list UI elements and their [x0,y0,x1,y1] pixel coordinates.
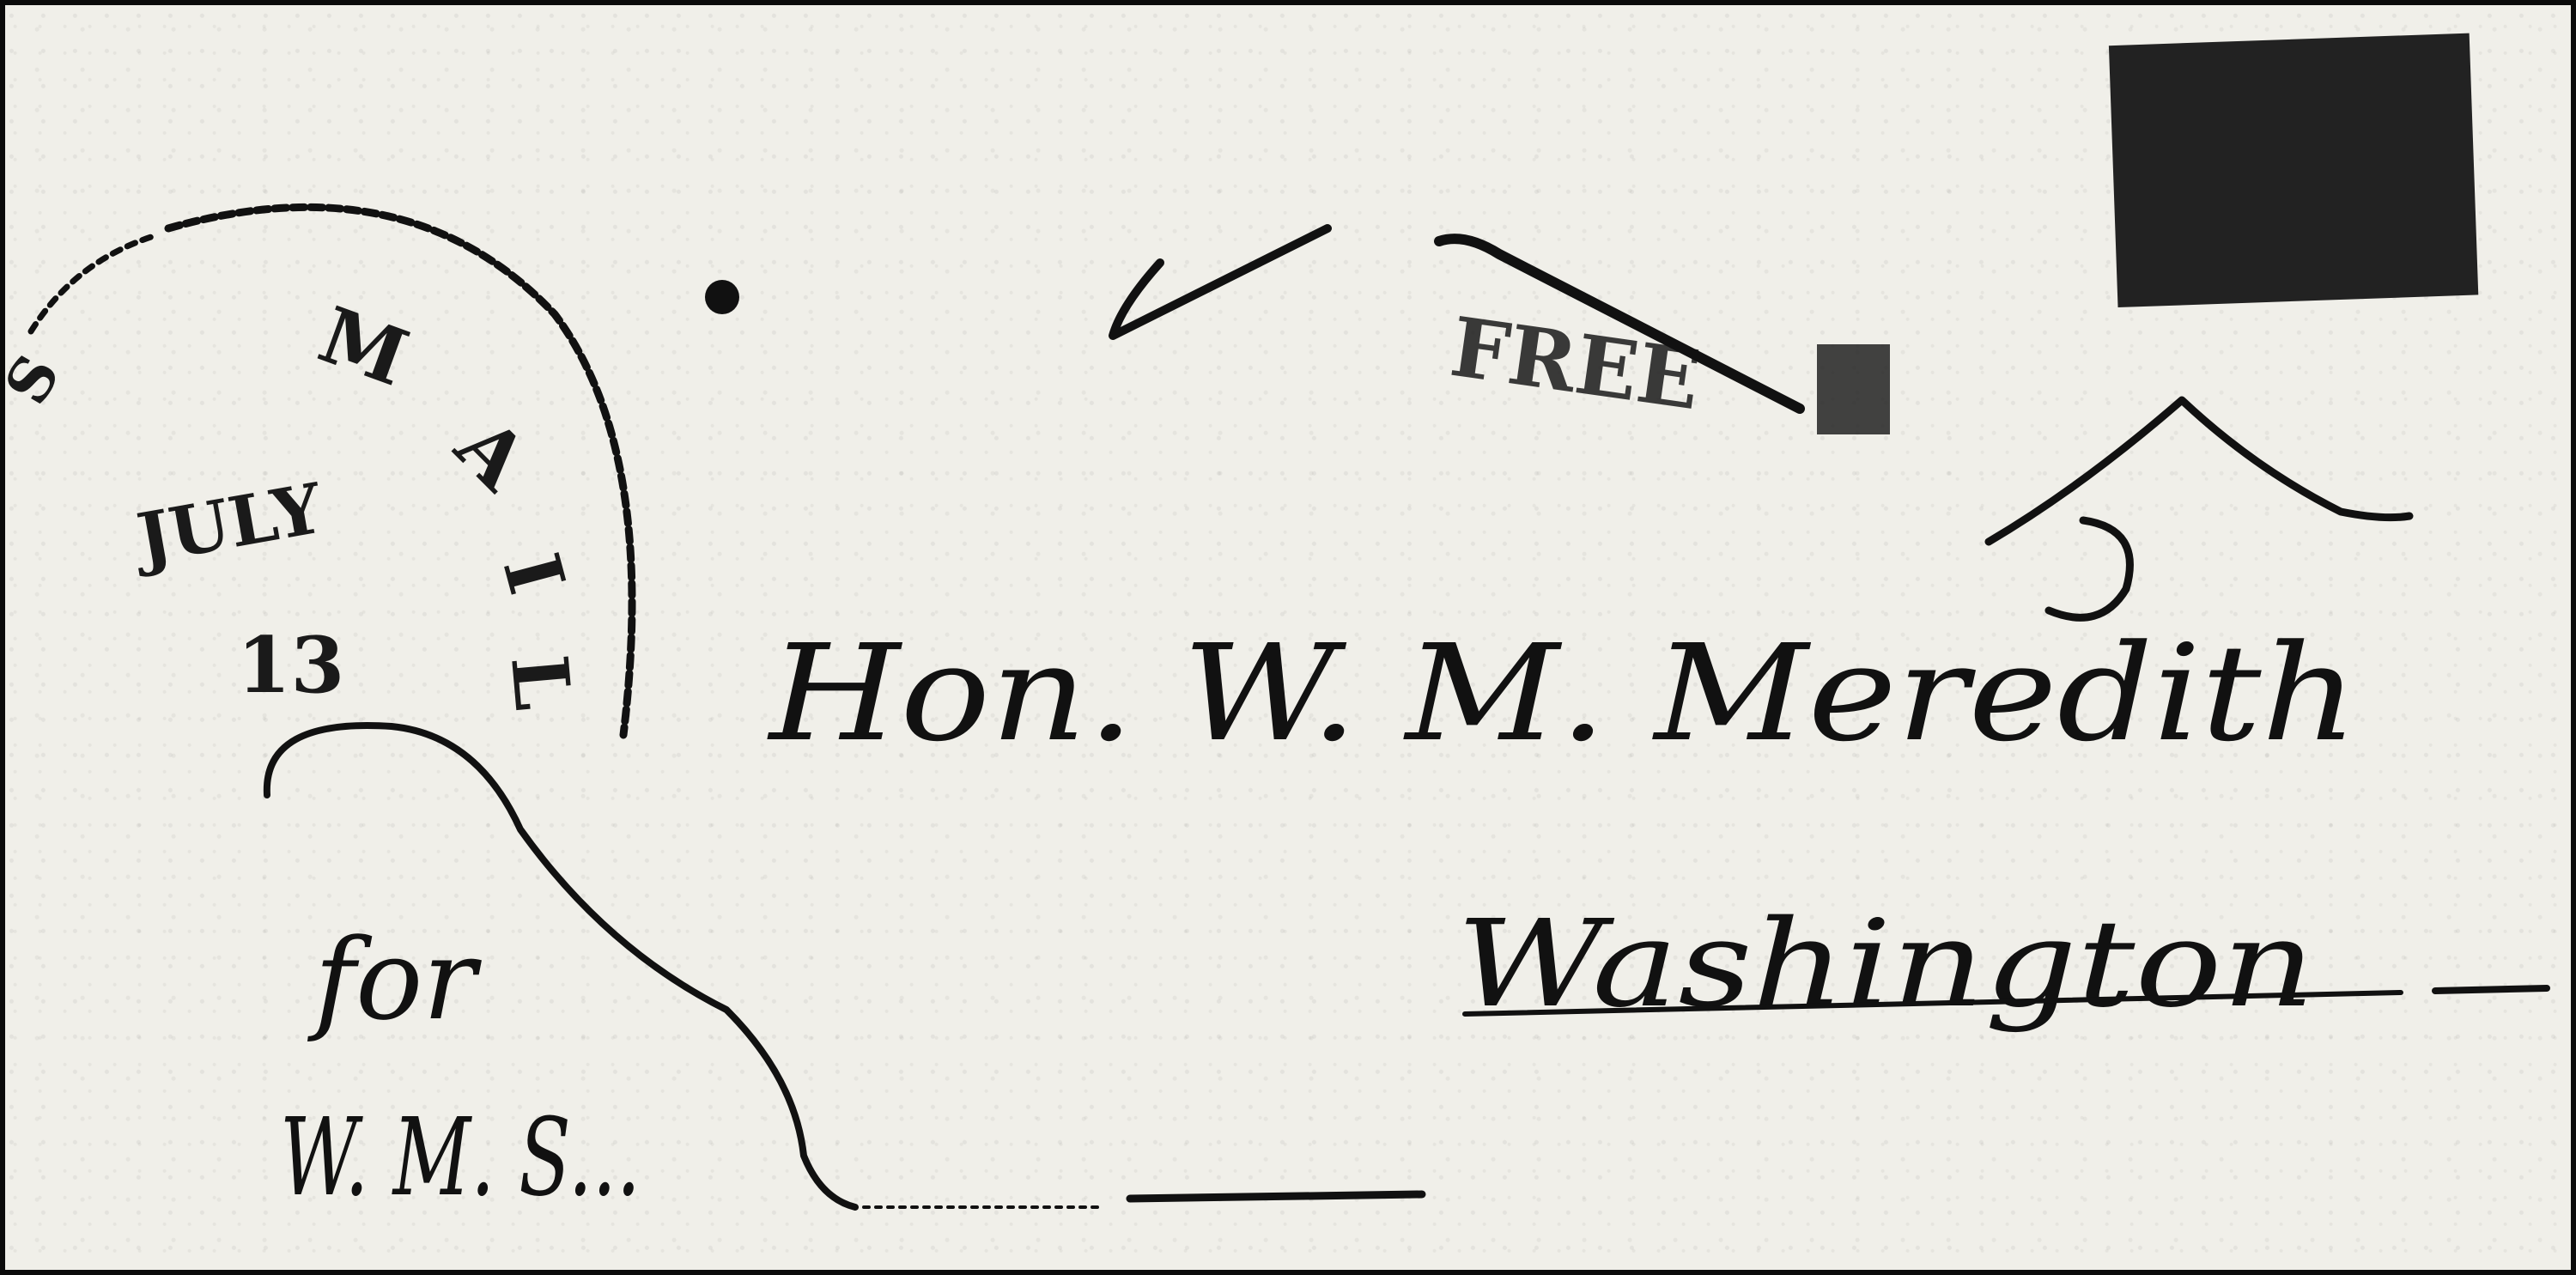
free-frank: FREE [1439,239,1890,434]
svg-text:FREE: FREE [1445,300,1706,428]
svg-text:A: A [438,400,546,508]
svg-text:S: S [5,343,74,416]
svg-text:JULY: JULY [126,468,329,580]
check-mark [1113,228,1327,336]
svg-text:L: L [493,652,588,713]
svg-text:I: I [485,544,582,603]
envelope-scan: M A I L S JULY 13 FREE Hon. W. M. Meredi… [0,0,2576,1275]
postmark-datestamp: M A I L S JULY 13 [5,207,632,735]
ink-blot [705,280,739,314]
address-line-1: Hon. W. M. Meredith [767,616,2358,771]
rate-marking [1989,400,2409,617]
obliteration-block [2109,33,2478,307]
svg-text:13: 13 [237,620,344,711]
sender-note-line-2: W. M. S... [280,1096,641,1220]
sender-note-line-1: for [307,914,482,1045]
svg-text:M: M [307,289,419,404]
cover-markings: M A I L S JULY 13 FREE Hon. W. M. Meredi… [5,5,2576,1275]
